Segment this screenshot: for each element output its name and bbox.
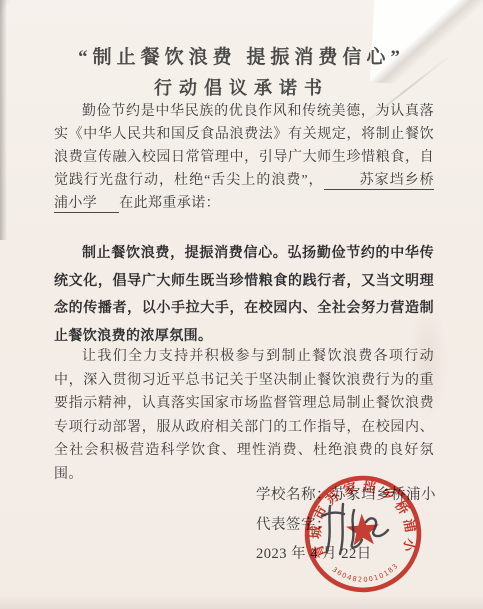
document-page: “制止餐饮浪费 提振消费信心” 行动倡议承诺书 勤俭节约是中华民族的优良作风和传… <box>0 0 483 609</box>
scan-bottom-shadow <box>0 595 483 609</box>
paragraph-action: 让我们全力支持并积极参与到制止餐饮浪费各项行动中，深入贯彻习近平总书记关于坚决制… <box>54 345 434 486</box>
document-title: “制止餐饮浪费 提振消费信心” <box>0 42 483 69</box>
paragraph-commitment-intro: 勤俭节约是中华民族的优良作风和传统美德，为认真落实《中华人民共和国反食品浪费法》… <box>54 100 434 215</box>
handwritten-signature <box>316 500 402 558</box>
scan-edge-shadow <box>0 0 7 240</box>
document-subtitle: 行动倡议承诺书 <box>0 74 483 100</box>
paragraph-pledge-bold: 制止餐饮浪费，提振消费信心。弘扬勤俭节约的中华传统文化，倡导广大师生既当珍惜粮食… <box>54 240 434 350</box>
paragraph-1-tail: 在此郑重承诺： <box>119 196 220 211</box>
